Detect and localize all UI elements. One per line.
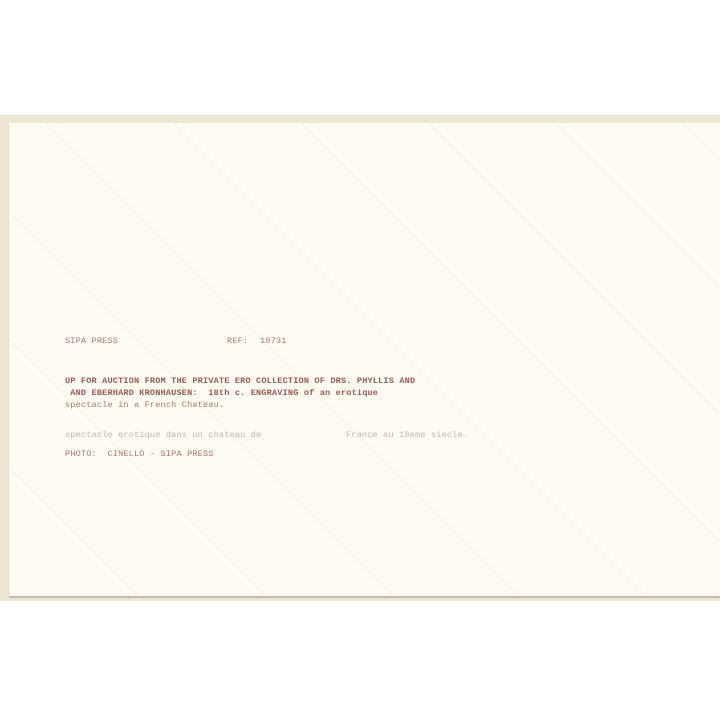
caption-line-3: spectacle in a French Chateau. xyxy=(65,400,224,410)
press-photo-card: SIPA PRESS REF: 10731 UP FOR AUCTION FRO… xyxy=(9,123,720,596)
caption-line-1: UP FOR AUCTION FROM THE PRIVATE ERO COLL… xyxy=(65,376,415,386)
caption-line-2: AND EBERHARD KRONHAUSEN: 18th c. ENGRAVI… xyxy=(65,388,378,398)
french-caption-part-2: France au 18eme siecle. xyxy=(346,430,468,440)
photo-credit: PHOTO: CINELLO - SIPA PRESS xyxy=(65,449,214,459)
french-caption-part-1: spectacle erotique dans un chateau de xyxy=(65,430,261,440)
agency-label: SIPA PRESS xyxy=(65,336,118,346)
ref-label: REF: xyxy=(227,336,248,346)
ref-number: 10731 xyxy=(260,336,287,346)
photo-back-scan: SIPA PRESS REF: 10731 UP FOR AUCTION FRO… xyxy=(0,0,720,720)
